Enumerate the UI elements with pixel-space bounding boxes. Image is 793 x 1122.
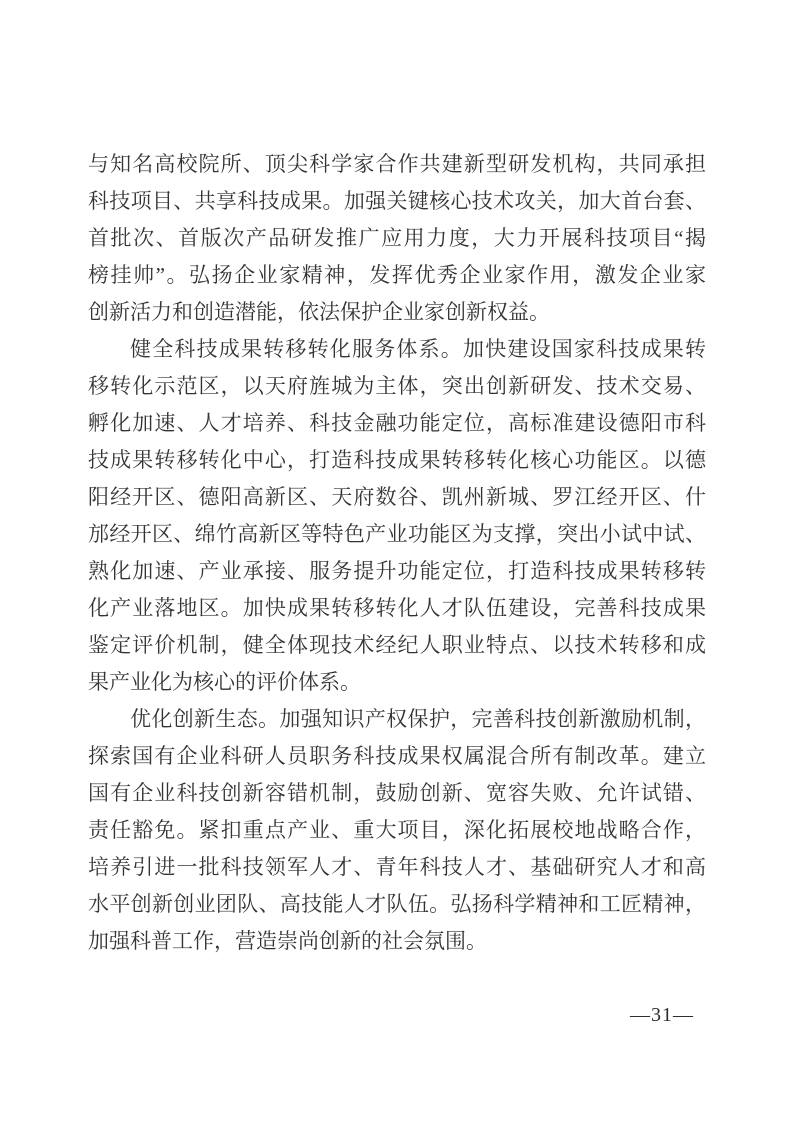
page-number: —31— bbox=[630, 1004, 750, 1027]
body-text: 与知名高校院所、顶尖科学家合作共建新型研发机构，共同承担科技项目、共享科技成果。… bbox=[88, 146, 706, 960]
text-line: 孵化加速、人才培养、科技金融功能定位，高标准建设德阳市科 bbox=[88, 405, 706, 442]
text-line: 培养引进一批科技领军人才、青年科技人才、基础研究人才和高 bbox=[88, 849, 706, 886]
text-line: 创新活力和创造潜能，依法保护企业家创新权益。 bbox=[88, 294, 706, 331]
text-line: 榜挂帅”。弘扬企业家精神，发挥优秀企业家作用，激发企业家 bbox=[88, 257, 706, 294]
text-line: 探索国有企业科研人员职务科技成果权属混合所有制改革。建立 bbox=[88, 738, 706, 775]
document-page: 与知名高校院所、顶尖科学家合作共建新型研发机构，共同承担科技项目、共享科技成果。… bbox=[0, 0, 793, 1122]
text-line: 邡经开区、绵竹高新区等特色产业功能区为支撑，突出小试中试、 bbox=[88, 516, 706, 553]
text-line: 化产业落地区。加快成果转移转化人才队伍建设，完善科技成果 bbox=[88, 590, 706, 627]
text-line: 科技项目、共享科技成果。加强关键核心技术攻关，加大首台套、 bbox=[88, 183, 706, 220]
text-line: 优化创新生态。加强知识产权保护，完善科技创新激励机制， bbox=[88, 701, 706, 738]
text-line: 移转化示范区，以天府旌城为主体，突出创新研发、技术交易、 bbox=[88, 368, 706, 405]
text-line: 鉴定评价机制，健全体现技术经纪人职业特点、以技术转移和成 bbox=[88, 627, 706, 664]
text-line: 熟化加速、产业承接、服务提升功能定位，打造科技成果转移转 bbox=[88, 553, 706, 590]
text-line: 技成果转移转化中心，打造科技成果转移转化核心功能区。以德 bbox=[88, 442, 706, 479]
text-line: 责任豁免。紧扣重点产业、重大项目，深化拓展校地战略合作， bbox=[88, 812, 706, 849]
text-line: 与知名高校院所、顶尖科学家合作共建新型研发机构，共同承担 bbox=[88, 146, 706, 183]
text-line: 首批次、首版次产品研发推广应用力度，大力开展科技项目“揭 bbox=[88, 220, 706, 257]
text-line: 健全科技成果转移转化服务体系。加快建设国家科技成果转 bbox=[88, 331, 706, 368]
text-line: 果产业化为核心的评价体系。 bbox=[88, 664, 706, 701]
text-line: 阳经开区、德阳高新区、天府数谷、凯州新城、罗江经开区、什 bbox=[88, 479, 706, 516]
text-line: 水平创新创业团队、高技能人才队伍。弘扬科学精神和工匠精神， bbox=[88, 886, 706, 923]
text-line: 国有企业科技创新容错机制，鼓励创新、宽容失败、允许试错、 bbox=[88, 775, 706, 812]
text-line: 加强科普工作，营造崇尚创新的社会氛围。 bbox=[88, 923, 706, 960]
